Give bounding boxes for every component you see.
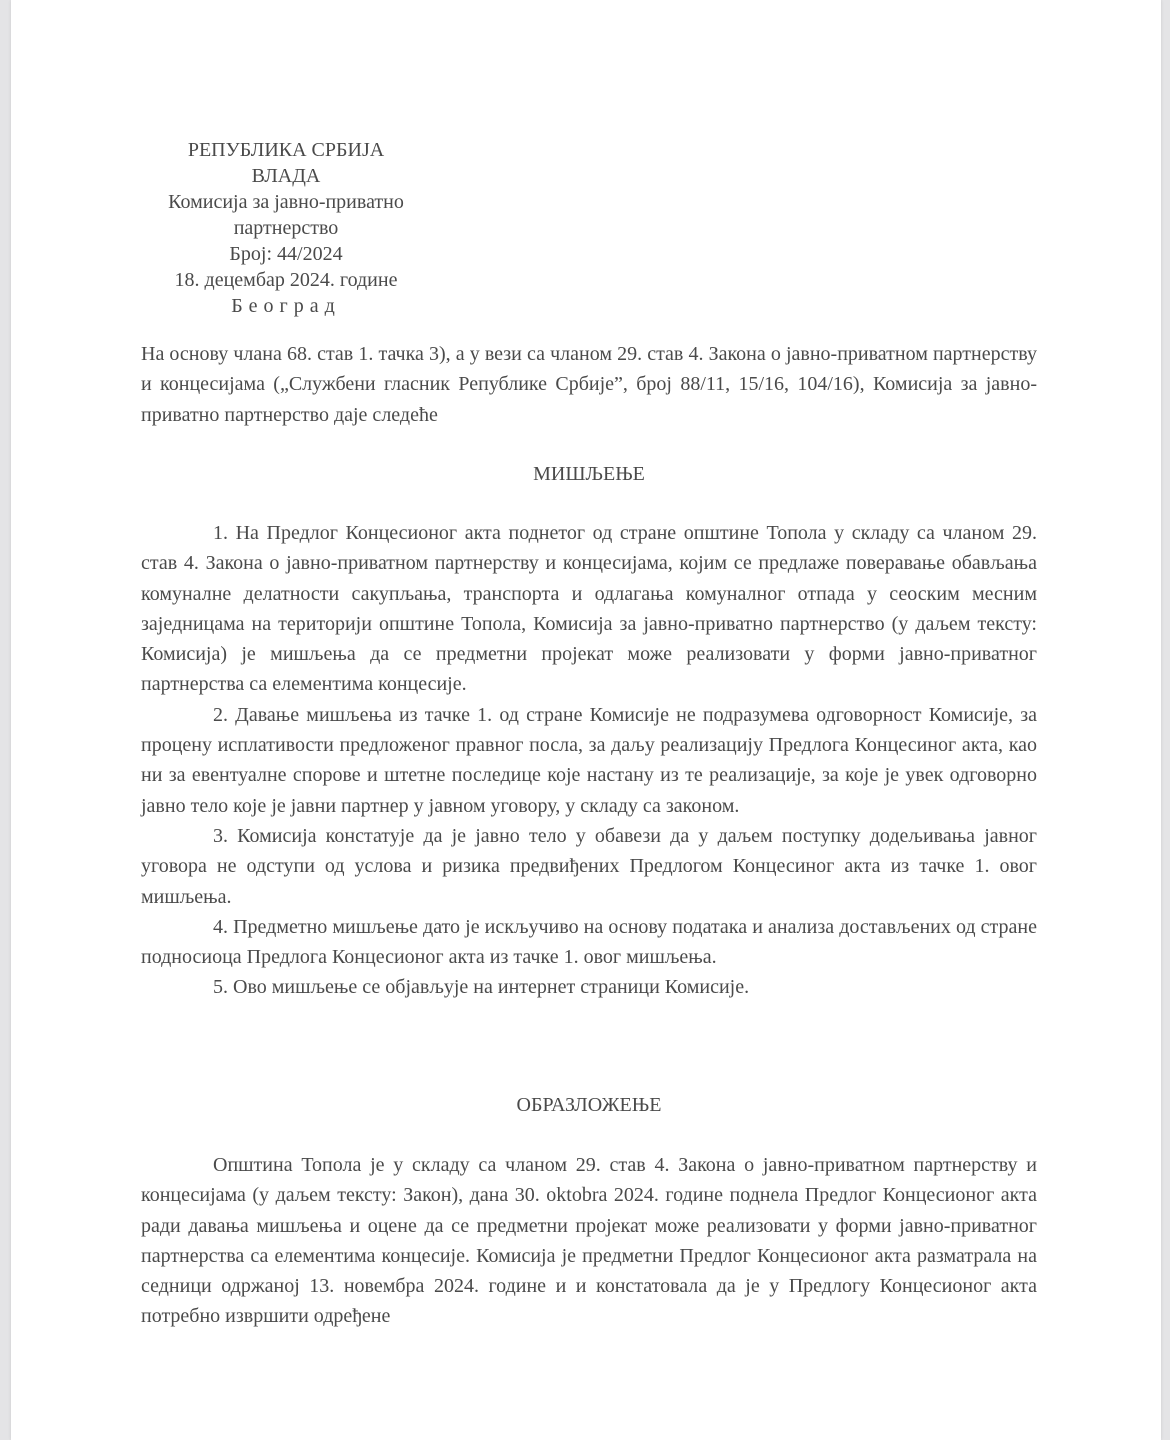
reasoning-text: Општина Топола је у складу са чланом 29.… (141, 1150, 1037, 1332)
preamble: На основу члана 68. став 1. тачка 3), а … (141, 339, 1037, 430)
opinion-item: 1. На Предлог Концесионог акта поднетог … (141, 518, 1037, 700)
preamble-text: На основу члана 68. став 1. тачка 3), а … (141, 339, 1037, 430)
opinion-item: 5. Ово мишљење се објављује на интернет … (141, 972, 1037, 1002)
opinion-item: 4. Предметно мишљење дато је искључиво н… (141, 912, 1037, 973)
document-page: РЕПУБЛИКА СРБИЈА ВЛАДА Комисија за јавно… (11, 0, 1161, 1440)
header-country: РЕПУБЛИКА СРБИЈА (141, 137, 431, 163)
reasoning-heading: ОБРАЗЛОЖЕЊЕ (141, 1090, 1037, 1120)
opinion-item: 2. Давање мишљења из тачке 1. од стране … (141, 700, 1037, 821)
header-commission-cont: партнерство (141, 215, 431, 241)
opinion-items: 1. На Предлог Концесионог акта поднетог … (141, 518, 1037, 1003)
header-commission: Комисија за јавно-приватно (141, 189, 431, 215)
document-header: РЕПУБЛИКА СРБИЈА ВЛАДА Комисија за јавно… (141, 137, 431, 319)
header-date: 18. децембар 2024. године (141, 267, 431, 293)
header-number: Број: 44/2024 (141, 241, 431, 267)
header-city: Београд (141, 293, 431, 319)
opinion-item: 3. Комисија констатује да је јавно тело … (141, 821, 1037, 912)
opinion-heading: МИШЉЕЊЕ (141, 459, 1037, 489)
reasoning-body: Општина Топола је у складу са чланом 29.… (141, 1150, 1037, 1332)
header-government: ВЛАДА (141, 163, 431, 189)
